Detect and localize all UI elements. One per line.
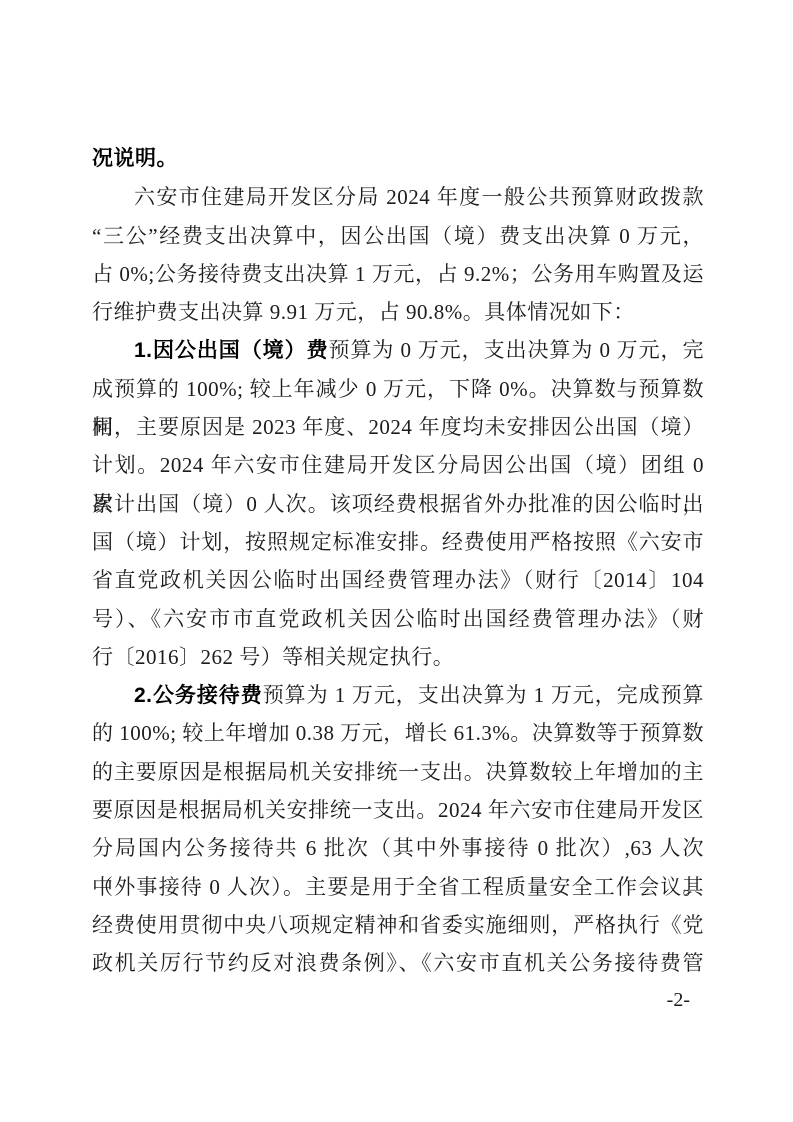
summary-paragraph-line: 六安市住建局开发区分局 2024 年度一般公共预算财政拨款: [92, 178, 704, 216]
section-2-line: 中外事接待 0 人次）。主要是用于全省工程质量安全工作会议。: [92, 868, 704, 906]
summary-paragraph-line: 行维护费支出决算 9.91 万元，占 90.8%。具体情况如下：: [92, 293, 704, 331]
section-2-line: 分局国内公务接待共 6 批次（其中外事接待 0 批次）,63 人次（其: [92, 829, 704, 867]
section-1-line: 号）、《六安市市直党政机关因公临时出国经费管理办法》（财: [92, 600, 704, 638]
heading-continuation-line: 况说明。: [92, 140, 704, 178]
page-number: -2-: [92, 988, 704, 1012]
section-1-line: 国（境）计划，按照规定标准安排。经费使用严格按照《六安市: [92, 523, 704, 561]
section-2-line: 政机关厉行节约反对浪费条例》、《六安市直机关公务接待费管: [92, 944, 704, 982]
section-2-heading: 2.公务接待费: [134, 684, 263, 707]
summary-paragraph-line: “三公”经费支出决算中，因公出国（境）费支出决算 0 万元，: [92, 217, 704, 255]
section-2-line: 的主要原因是根据局机关安排统一支出。决算数较上年增加的主: [92, 753, 704, 791]
section-1-line: 行〔2016〕262 号）等相关规定执行。: [92, 638, 704, 676]
section-1-heading-rest: 预算为 0 万元，支出决算为 0 万元，完: [329, 338, 705, 362]
document-page: 况说明。 六安市住建局开发区分局 2024 年度一般公共预算财政拨款 “三公”经…: [0, 0, 793, 1122]
summary-paragraph-line: 占 0%;公务接待费支出决算 1 万元，占 9.2%；公务用车购置及运: [92, 255, 704, 293]
section-1-heading: 1.因公出国（境）费: [134, 339, 329, 362]
document-body: 况说明。 六安市住建局开发区分局 2024 年度一般公共预算财政拨款 “三公”经…: [92, 140, 704, 983]
section-2-heading-rest: 预算为 1 万元，支出决算为 1 万元，完成预算: [263, 683, 704, 707]
section-2-line: 要原因是根据局机关安排统一支出。2024 年六安市住建局开发区: [92, 791, 704, 829]
section-2-line: 经费使用贯彻中央八项规定精神和省委实施细则，严格执行《党: [92, 906, 704, 944]
section-1-first-line: 1.因公出国（境）费预算为 0 万元，支出决算为 0 万元，完: [92, 331, 704, 369]
section-1-line: 成预算的 100%; 较上年减少 0 万元，下降 0%。决算数与预算数相: [92, 370, 704, 408]
section-1-line: 省直党政机关因公临时出国经费管理办法》（财行〔2014〕104: [92, 561, 704, 599]
section-2-first-line: 2.公务接待费预算为 1 万元，支出决算为 1 万元，完成预算: [92, 676, 704, 714]
section-1-line: 同，主要原因是 2023 年度、2024 年度均未安排因公出国（境）: [92, 408, 704, 446]
section-1-line: 计划。2024 年六安市住建局开发区分局因公出国（境）团组 0 次，: [92, 446, 704, 484]
section-2-line: 的 100%; 较上年增加 0.38 万元，增长 61.3%。决算数等于预算数: [92, 714, 704, 752]
section-1-line: 累计出国（境）0 人次。该项经费根据省外办批准的因公临时出: [92, 485, 704, 523]
